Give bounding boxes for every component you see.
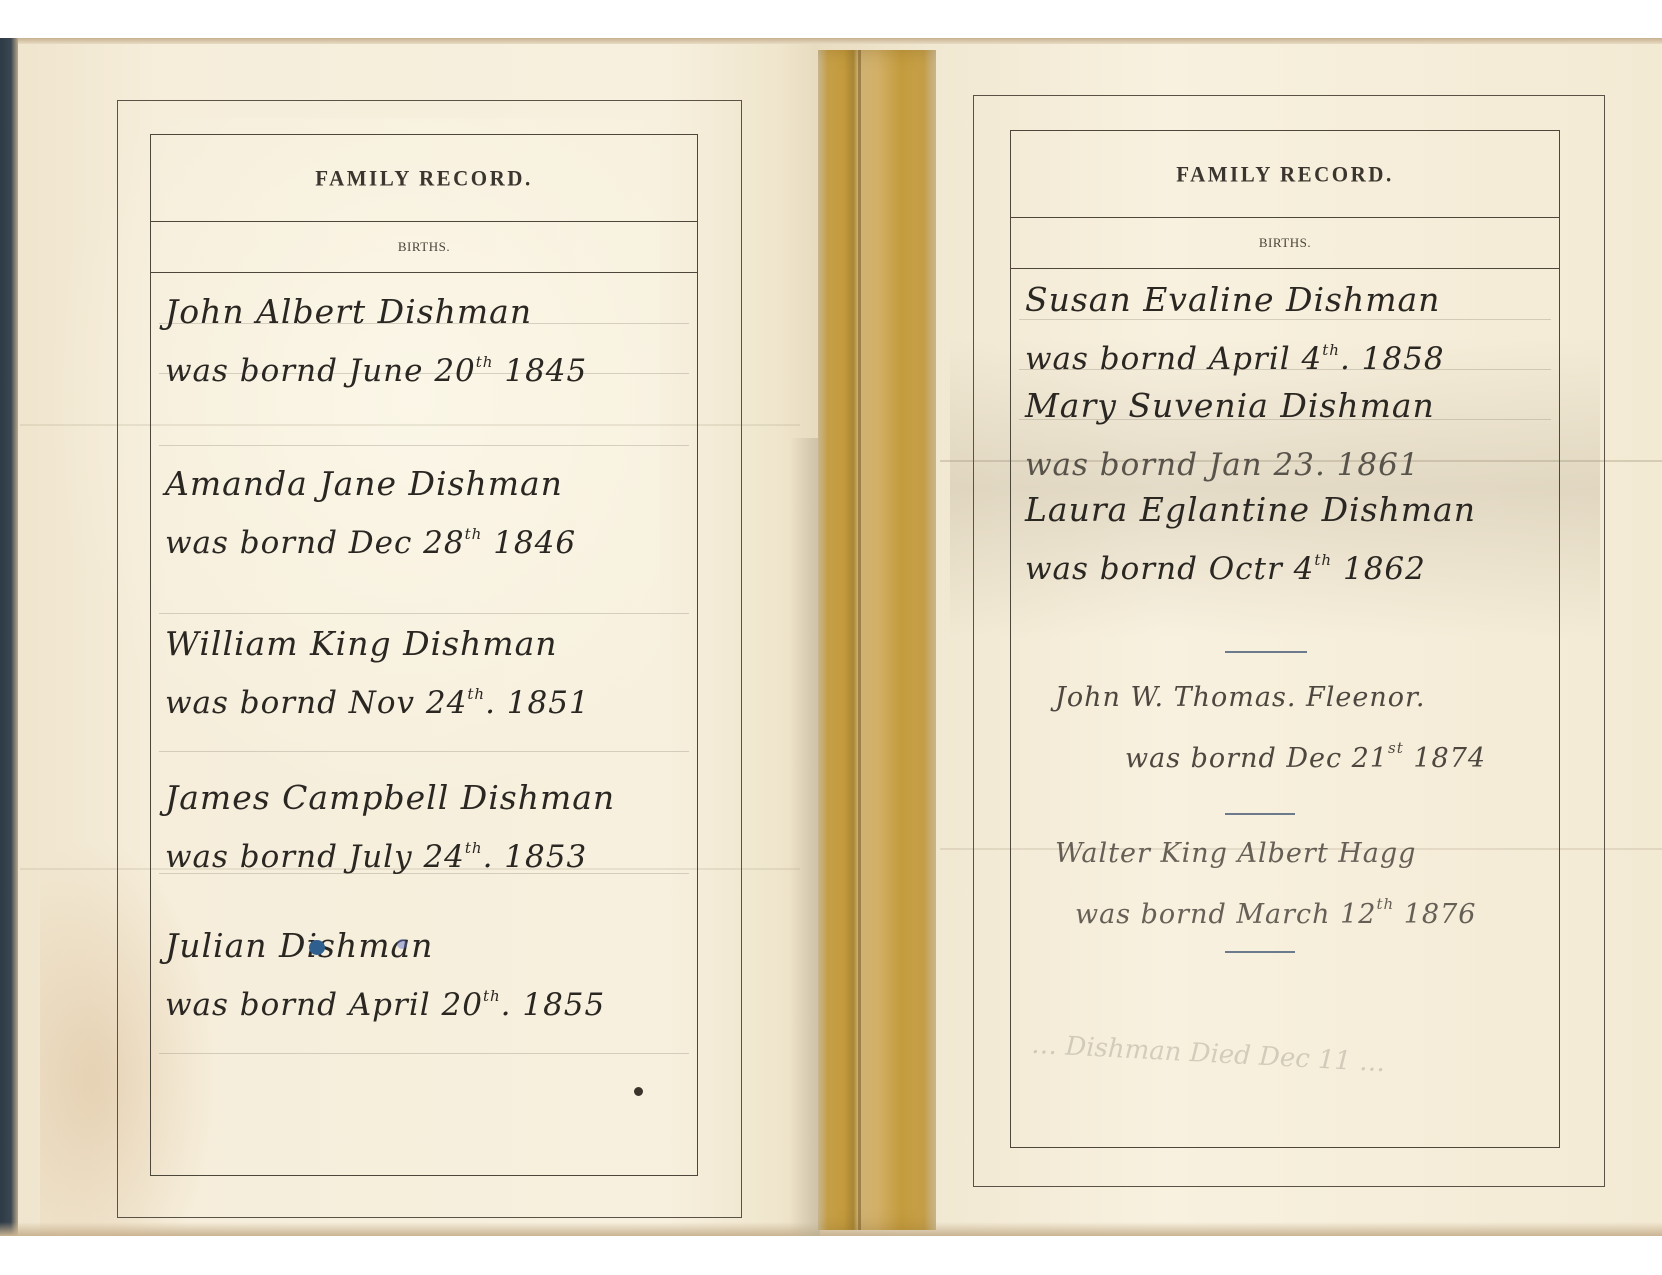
birth-entry: William King Dishman was bornd Nov 24th.… xyxy=(165,619,689,728)
entry-date-text: was bornd April 20 xyxy=(165,987,483,1023)
entry-ordinal: th xyxy=(465,525,483,543)
left-section-row: BIRTHS. xyxy=(151,222,697,273)
entry-separator xyxy=(1225,651,1307,653)
entry-name: Susan Evaline Dishman xyxy=(1025,275,1551,325)
left-inner-frame: FAMILY RECORD. BIRTHS. John Albert Dishm… xyxy=(150,134,698,1176)
blue-ink-blot xyxy=(309,940,325,955)
entry-date-text: was bornd July 24 xyxy=(165,839,465,875)
entry-date-text: was bornd Jan 23 xyxy=(1025,447,1315,483)
entry-year: . 1858 xyxy=(1340,341,1445,377)
entry-ordinal: th xyxy=(1376,895,1394,913)
entry-name: Mary Suvenia Dishman xyxy=(1025,381,1551,431)
left-heading-row: FAMILY RECORD. xyxy=(151,135,697,222)
entry-year: . 1861 xyxy=(1315,447,1420,483)
entry-ordinal: th xyxy=(476,353,494,371)
entry-name: Julian Dishman xyxy=(165,921,689,971)
page-title: FAMILY RECORD. xyxy=(315,165,532,191)
book-cover-edge xyxy=(0,38,18,1236)
page-top-edge xyxy=(18,38,1662,44)
faint-pencil-note: … Dishman Died Dec 11 … xyxy=(1030,1030,1386,1079)
birth-entry: Susan Evaline Dishman was bornd April 4t… xyxy=(1025,275,1551,384)
entry-ordinal: th xyxy=(1322,341,1340,359)
birth-entry: Laura Eglantine Dishman was bornd Octr 4… xyxy=(1025,485,1551,594)
entry-separator xyxy=(1225,813,1295,815)
birth-entry: Mary Suvenia Dishman was bornd Jan 23. 1… xyxy=(1025,381,1551,490)
entry-date: was bornd Dec 21st 1874 xyxy=(1055,723,1551,784)
entry-year: . 1853 xyxy=(483,839,588,875)
entry-separator xyxy=(1225,951,1295,953)
taped-spine xyxy=(818,50,936,1230)
entry-year: 1862 xyxy=(1343,551,1426,587)
left-entries: John Albert Dishman was bornd June 20th … xyxy=(151,273,697,1175)
entry-name: Amanda Jane Dishman xyxy=(165,459,689,509)
entry-date-text: was bornd Nov 24 xyxy=(165,685,467,721)
entry-ordinal: th xyxy=(483,987,501,1005)
entry-name: John Albert Dishman xyxy=(165,287,689,337)
ink-spot xyxy=(634,1087,643,1096)
entry-date-text: was bornd Octr 4 xyxy=(1025,551,1314,587)
birth-entry: Amanda Jane Dishman was bornd Dec 28th 1… xyxy=(165,459,689,568)
entry-date-text: was bornd Dec 21 xyxy=(1125,743,1388,774)
entry-date: was bornd Nov 24th. 1851 xyxy=(165,669,689,728)
entry-name: William King Dishman xyxy=(165,619,689,669)
right-entries: Susan Evaline Dishman was bornd April 4t… xyxy=(1011,269,1559,1147)
spine-gutter xyxy=(858,50,861,1230)
entry-date: was bornd June 20th 1845 xyxy=(165,337,689,396)
entry-year: 1845 xyxy=(504,353,587,389)
right-section-row: BIRTHS. xyxy=(1011,218,1559,269)
entry-date: was bornd Octr 4th 1862 xyxy=(1025,535,1551,594)
entry-date: was bornd July 24th. 1853 xyxy=(165,823,689,882)
right-heading-row: FAMILY RECORD. xyxy=(1011,131,1559,218)
entry-date: was bornd Dec 28th 1846 xyxy=(165,509,689,568)
ruled-line xyxy=(159,445,689,446)
right-inner-frame: FAMILY RECORD. BIRTHS. Susan Evaline Dis… xyxy=(1010,130,1560,1148)
entry-name: Walter King Albert Hagg xyxy=(1055,829,1551,879)
entry-date: was bornd April 4th. 1858 xyxy=(1025,325,1551,384)
section-label-births: BIRTHS. xyxy=(398,239,450,255)
birth-entry: Julian Dishman was bornd April 20th. 185… xyxy=(165,921,689,1030)
birth-entry: John Albert Dishman was bornd June 20th … xyxy=(165,287,689,396)
scanned-book-spread: FAMILY RECORD. BIRTHS. John Albert Dishm… xyxy=(0,38,1662,1236)
section-label-births: BIRTHS. xyxy=(1259,235,1311,251)
entry-year: 1846 xyxy=(493,525,576,561)
entry-year: . 1855 xyxy=(501,987,606,1023)
entry-date: was bornd April 20th. 1855 xyxy=(165,971,689,1030)
entry-ordinal: th xyxy=(1314,551,1332,569)
entry-ordinal: th xyxy=(467,685,485,703)
birth-entry: James Campbell Dishman was bornd July 24… xyxy=(165,773,689,882)
ruled-line xyxy=(159,613,689,614)
entry-year: 1876 xyxy=(1404,899,1477,930)
ruled-line xyxy=(159,1053,689,1054)
entry-ordinal: st xyxy=(1388,739,1404,757)
page-title: FAMILY RECORD. xyxy=(1176,161,1393,187)
entry-date: was bornd March 12th 1876 xyxy=(1055,879,1551,940)
entry-date-text: was bornd Dec 28 xyxy=(165,525,465,561)
entry-year: . 1851 xyxy=(485,685,590,721)
entry-name: Laura Eglantine Dishman xyxy=(1025,485,1551,535)
faint-ink-mark xyxy=(397,939,407,949)
entry-date-text: was bornd March 12 xyxy=(1075,899,1376,930)
entry-year: 1874 xyxy=(1413,743,1486,774)
entry-date-text: was bornd June 20 xyxy=(165,353,476,389)
spine-shadow xyxy=(790,438,820,1236)
entry-date-text: was bornd April 4 xyxy=(1025,341,1322,377)
birth-entry: John W. Thomas. Fleenor. was bornd Dec 2… xyxy=(1055,673,1551,784)
entry-name: John W. Thomas. Fleenor. xyxy=(1055,673,1551,723)
entry-date: was bornd Jan 23. 1861 xyxy=(1025,431,1551,490)
birth-entry: Walter King Albert Hagg was bornd March … xyxy=(1055,829,1551,940)
entry-ordinal: th xyxy=(465,839,483,857)
entry-name: James Campbell Dishman xyxy=(165,773,689,823)
ruled-line xyxy=(159,751,689,752)
